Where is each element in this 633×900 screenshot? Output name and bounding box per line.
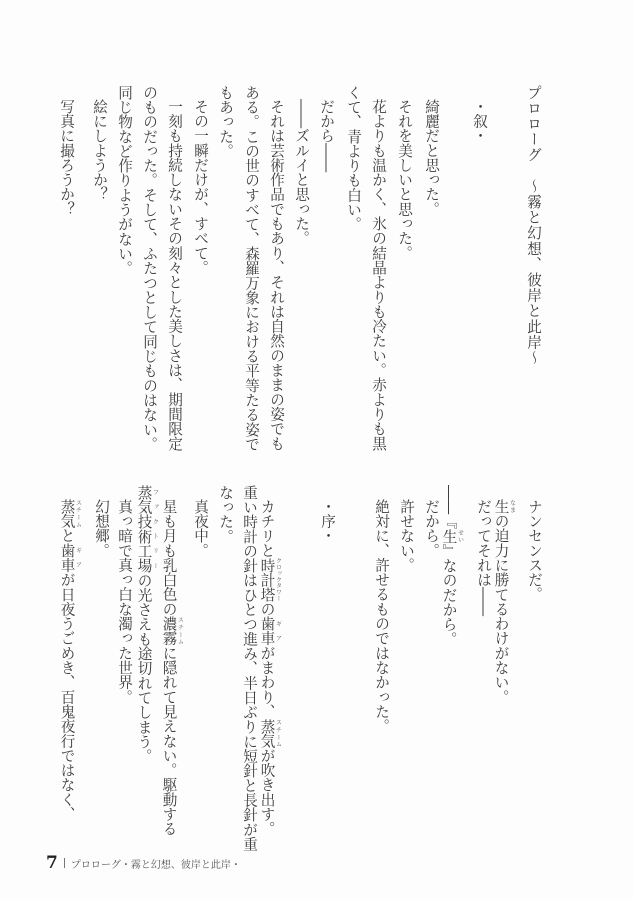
- text-line-ruby: 生なまの迫力に勝てるわけがない。: [499, 499, 515, 704]
- book-page: プロローグ 〜霧と幻想、彼岸と此岸〜 ・叙・ 綺麗だと思った。 それを美しいと思…: [0, 0, 633, 900]
- text-line: 同じ物など作りようがない。: [115, 85, 131, 275]
- text-line: のものだった。そして、ふたつとして同じものはない。: [140, 85, 156, 451]
- text-line: くて、青よりも白い。: [344, 85, 360, 232]
- page-number: 7: [46, 853, 58, 873]
- running-head: プロローグ・霧と幻想、彼岸と此岸・: [71, 856, 241, 871]
- text-line: 真夜中。: [191, 499, 207, 558]
- text-line: だから――: [317, 99, 333, 172]
- text-line: だから。: [422, 499, 438, 558]
- text-line: それを美しいと思った。: [395, 99, 411, 260]
- text-line: 幻想郷。: [92, 499, 108, 558]
- page-footer: 7 プロローグ・霧と幻想、彼岸と此岸・: [46, 853, 241, 873]
- text-line-ruby: 蒸気技術工場ファクトリーの光さえも途切れてしまう。: [142, 485, 158, 763]
- chapter-title: プロローグ 〜霧と幻想、彼岸と此岸〜: [524, 85, 540, 366]
- text-line: ――ズルイと思った。: [292, 99, 308, 246]
- text-line-ruby: 星も月も乳白色の濃霧スチームに隠れて見えない。駆動する: [167, 499, 183, 836]
- text-line: 絵にしようか？: [90, 99, 106, 202]
- text-line: 真っ暗で真っ白な濁った世界。: [115, 499, 131, 704]
- text-line-ruby: カチリと時計塔クロックタワーの歯車ギアがまわり、蒸気スチームが吹き出す。: [265, 499, 281, 836]
- text-line: ナンセンスだ。: [525, 499, 541, 602]
- text-line: もあった。: [216, 85, 232, 158]
- section-label-text: ・叙・: [471, 99, 488, 143]
- text-line: ある。この世のすべて、森羅万象における平等たる姿で: [242, 85, 258, 451]
- text-line: 花よりも温かく、氷の結晶よりも冷たい。赤よりも黒: [369, 99, 385, 451]
- chapter-title-text: プロローグ 〜霧と幻想、彼岸と此岸〜: [525, 85, 542, 366]
- section-label-text: ・序・: [319, 499, 336, 543]
- text-line: なった。: [216, 485, 232, 544]
- text-line: だってそれは――: [474, 499, 490, 616]
- text-line-ruby: ――『生せい』なのだから。: [447, 485, 463, 646]
- text-line: 絶対に、許せるものではなかった。: [372, 499, 388, 733]
- text-line: 重い時計の針はひとつ進み、半日ぶりに短針と長針が重: [240, 485, 256, 851]
- footer-divider: [64, 858, 65, 868]
- section-label-jo: ・叙・: [470, 99, 486, 143]
- section-label-jo2: ・序・: [318, 499, 334, 543]
- text-line: 一刻も持続しないその刻々とした美しさは、期間限定: [165, 99, 181, 451]
- text-line-ruby: 蒸気スチームと歯車ギアが日夜うごめき、百鬼夜行ではなく、: [65, 499, 81, 821]
- text-line: 許せない。: [397, 499, 413, 572]
- text-line: それは芸術作品でもあり、それは自然のままの姿でも: [267, 99, 283, 451]
- text-line: 綺麗だと思った。: [422, 99, 438, 216]
- text-line: 写真に撮ろうか？: [57, 99, 73, 216]
- text-line: その一瞬だけが、すべて。: [191, 99, 207, 275]
